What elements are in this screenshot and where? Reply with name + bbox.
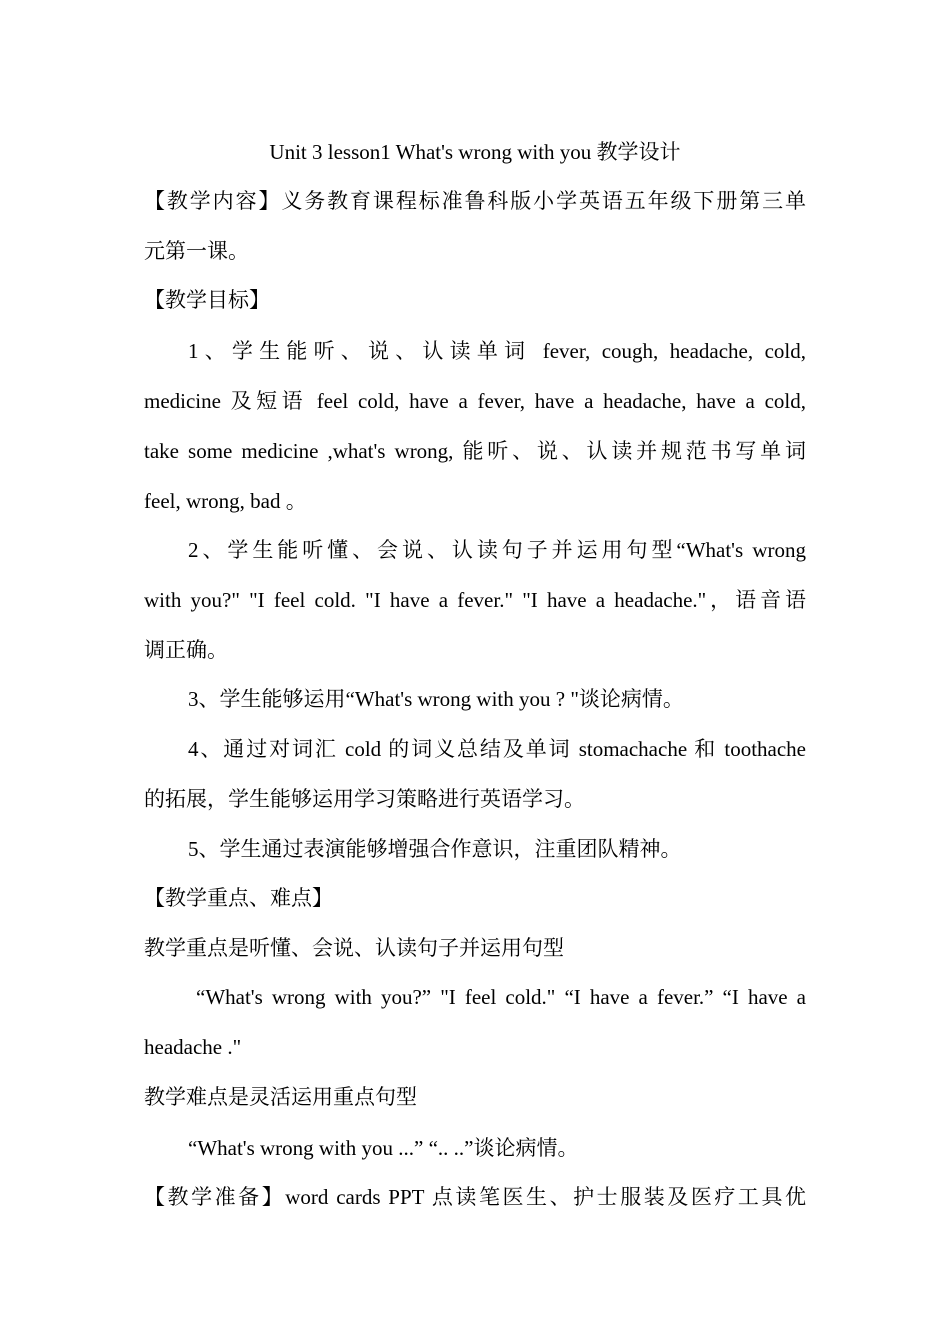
document-page: Unit 3 lesson1 What's wrong with you 教学设… <box>0 0 950 1344</box>
objective-item-4: 4、通过对词汇 cold 的词义总结及单词 stomachache 和 toot… <box>188 734 806 764</box>
key-point-sentence-cont: headache ." <box>144 1032 806 1062</box>
teaching-content-line: 元第一课。 <box>144 236 806 266</box>
preparation-line: 【教学准备】word cards PPT 点读笔医生、护士服装及医疗工具优 <box>144 1182 806 1212</box>
document-title: Unit 3 lesson1 What's wrong with you 教学设… <box>0 137 950 167</box>
difficult-point-label: 教学难点是灵活运用重点句型 <box>144 1082 806 1112</box>
difficult-point-sentence: “What's wrong with you ...” “.. ..”谈论病情。 <box>188 1133 806 1163</box>
objective-item-1-cont: feel, wrong, bad 。 <box>144 486 806 516</box>
objective-item-2-cont: with you?" "I feel cold. "I have a fever… <box>144 585 806 615</box>
objective-item-1-cont: medicine 及短语 feel cold, have a fever, ha… <box>144 386 806 416</box>
key-point-label: 教学重点是听懂、会说、认读句子并运用句型 <box>144 933 806 963</box>
teaching-content-line: 【教学内容】义务教育课程标准鲁科版小学英语五年级下册第三单 <box>144 186 806 216</box>
key-point-sentence: “What's wrong with you?” "I feel cold." … <box>196 982 806 1012</box>
objective-item-1: 1、学生能听、说、认读单词 fever, cough, headache, co… <box>188 336 806 366</box>
objective-item-2-cont: 调正确。 <box>144 635 806 665</box>
objective-item-2: 2、学生能听懂、会说、认读句子并运用句型“What's wrong <box>188 535 806 565</box>
objective-item-4-cont: 的拓展，学生能够运用学习策略进行英语学习。 <box>144 784 806 814</box>
objective-item-1-cont: take some medicine ,what's wrong, 能听、说、认… <box>144 436 806 466</box>
objective-item-5: 5、学生通过表演能够增强合作意识，注重团队精神。 <box>188 834 806 864</box>
objectives-heading: 【教学目标】 <box>144 285 806 315</box>
key-points-heading: 【教学重点、难点】 <box>144 883 806 913</box>
objective-item-3: 3、学生能够运用“What's wrong with you ? "谈论病情。 <box>188 684 806 714</box>
